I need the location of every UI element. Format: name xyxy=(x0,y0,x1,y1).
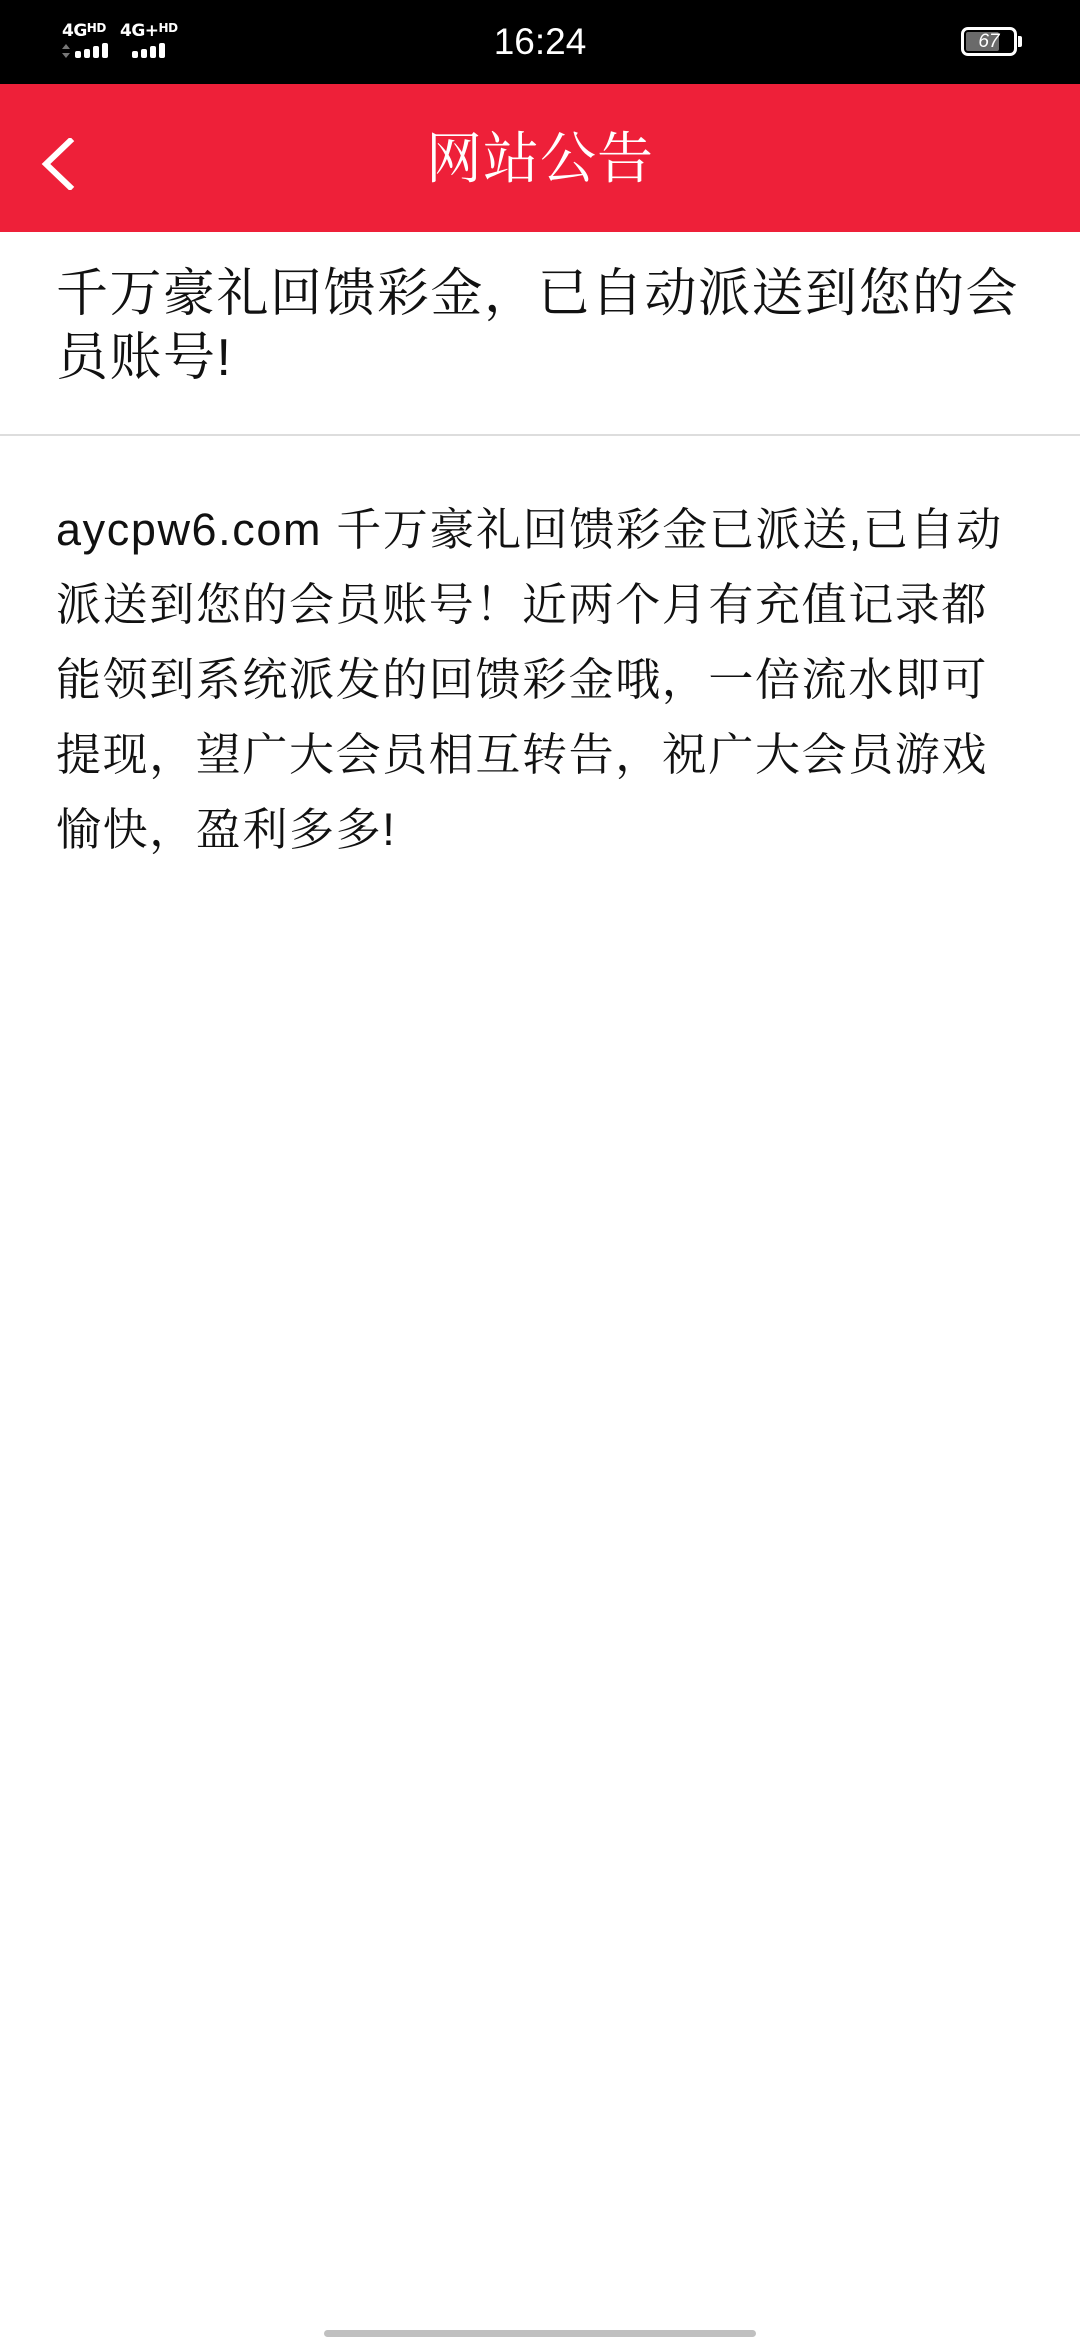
status-bar: 4GHD 4G+HD 16:24 67 xyxy=(0,0,1080,84)
home-indicator[interactable] xyxy=(324,2330,756,2337)
nav-header: 网站公告 xyxy=(0,84,1080,232)
page-title: 网站公告 xyxy=(0,126,1080,192)
battery-tip xyxy=(1018,36,1022,47)
battery-level: 67 xyxy=(964,30,1014,53)
status-time: 16:24 xyxy=(0,20,1080,64)
battery-icon: 67 xyxy=(961,27,1017,56)
notice-title: 千万豪礼回馈彩金，已自动派送到您的会员账号! xyxy=(56,262,1040,390)
notice-body: aycpw6.com 千万豪礼回馈彩金已派送,已自动派送到您的会员账号！近两个月… xyxy=(56,492,1016,867)
notice-title-section: 千万豪礼回馈彩金，已自动派送到您的会员账号! xyxy=(0,232,1080,436)
